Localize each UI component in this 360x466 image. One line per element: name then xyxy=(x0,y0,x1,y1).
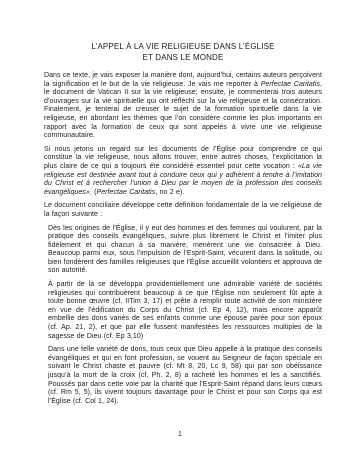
paragraph: Si nous jetons un regard sur les documen… xyxy=(44,146,322,198)
text-segment: Le document conciliaire développe cette … xyxy=(44,202,322,218)
page-number: 1 xyxy=(0,431,360,438)
paragraph: Dans ce texte, je vais exposer la manièr… xyxy=(44,72,322,141)
text-segment: Dans une telle variété de dons, tous ceu… xyxy=(48,346,322,405)
text-segment: , le document de Vatican II sur la vie r… xyxy=(44,81,322,140)
text-segment: Si nous jetons un regard sur les documen… xyxy=(44,146,322,170)
italic-text-segment: Perfectae Caritatis xyxy=(261,81,320,88)
blockquote-paragraph: Dès les origines de l’Église, il y eut d… xyxy=(48,225,322,277)
document-page: L’APPEL À LA VIE RELIGIEUSE DANS L’ÉGLIS… xyxy=(0,0,360,466)
document-body: Dans ce texte, je vais exposer la manièr… xyxy=(44,72,322,406)
text-segment: , no 2 e). xyxy=(155,189,184,196)
blockquote-paragraph: À partir de là se développa providentiel… xyxy=(48,281,322,341)
italic-text-segment: Perfectae Caritatis xyxy=(96,189,155,196)
title-line-2: ET DANS LE MONDE xyxy=(44,52,322,63)
document-title: L’APPEL À LA VIE RELIGIEUSE DANS L’ÉGLIS… xyxy=(44,41,322,63)
title-line-1: L’APPEL À LA VIE RELIGIEUSE DANS L’ÉGLIS… xyxy=(44,41,322,52)
paragraph: Le document conciliaire développe cette … xyxy=(44,202,322,219)
document-content: L’APPEL À LA VIE RELIGIEUSE DANS L’ÉGLIS… xyxy=(44,41,322,411)
text-segment: À partir de là se développa providentiel… xyxy=(48,281,322,340)
blockquote-paragraph: Dans une telle variété de dons, tous ceu… xyxy=(48,346,322,406)
text-segment: Dès les origines de l’Église, il y eut d… xyxy=(48,225,322,275)
